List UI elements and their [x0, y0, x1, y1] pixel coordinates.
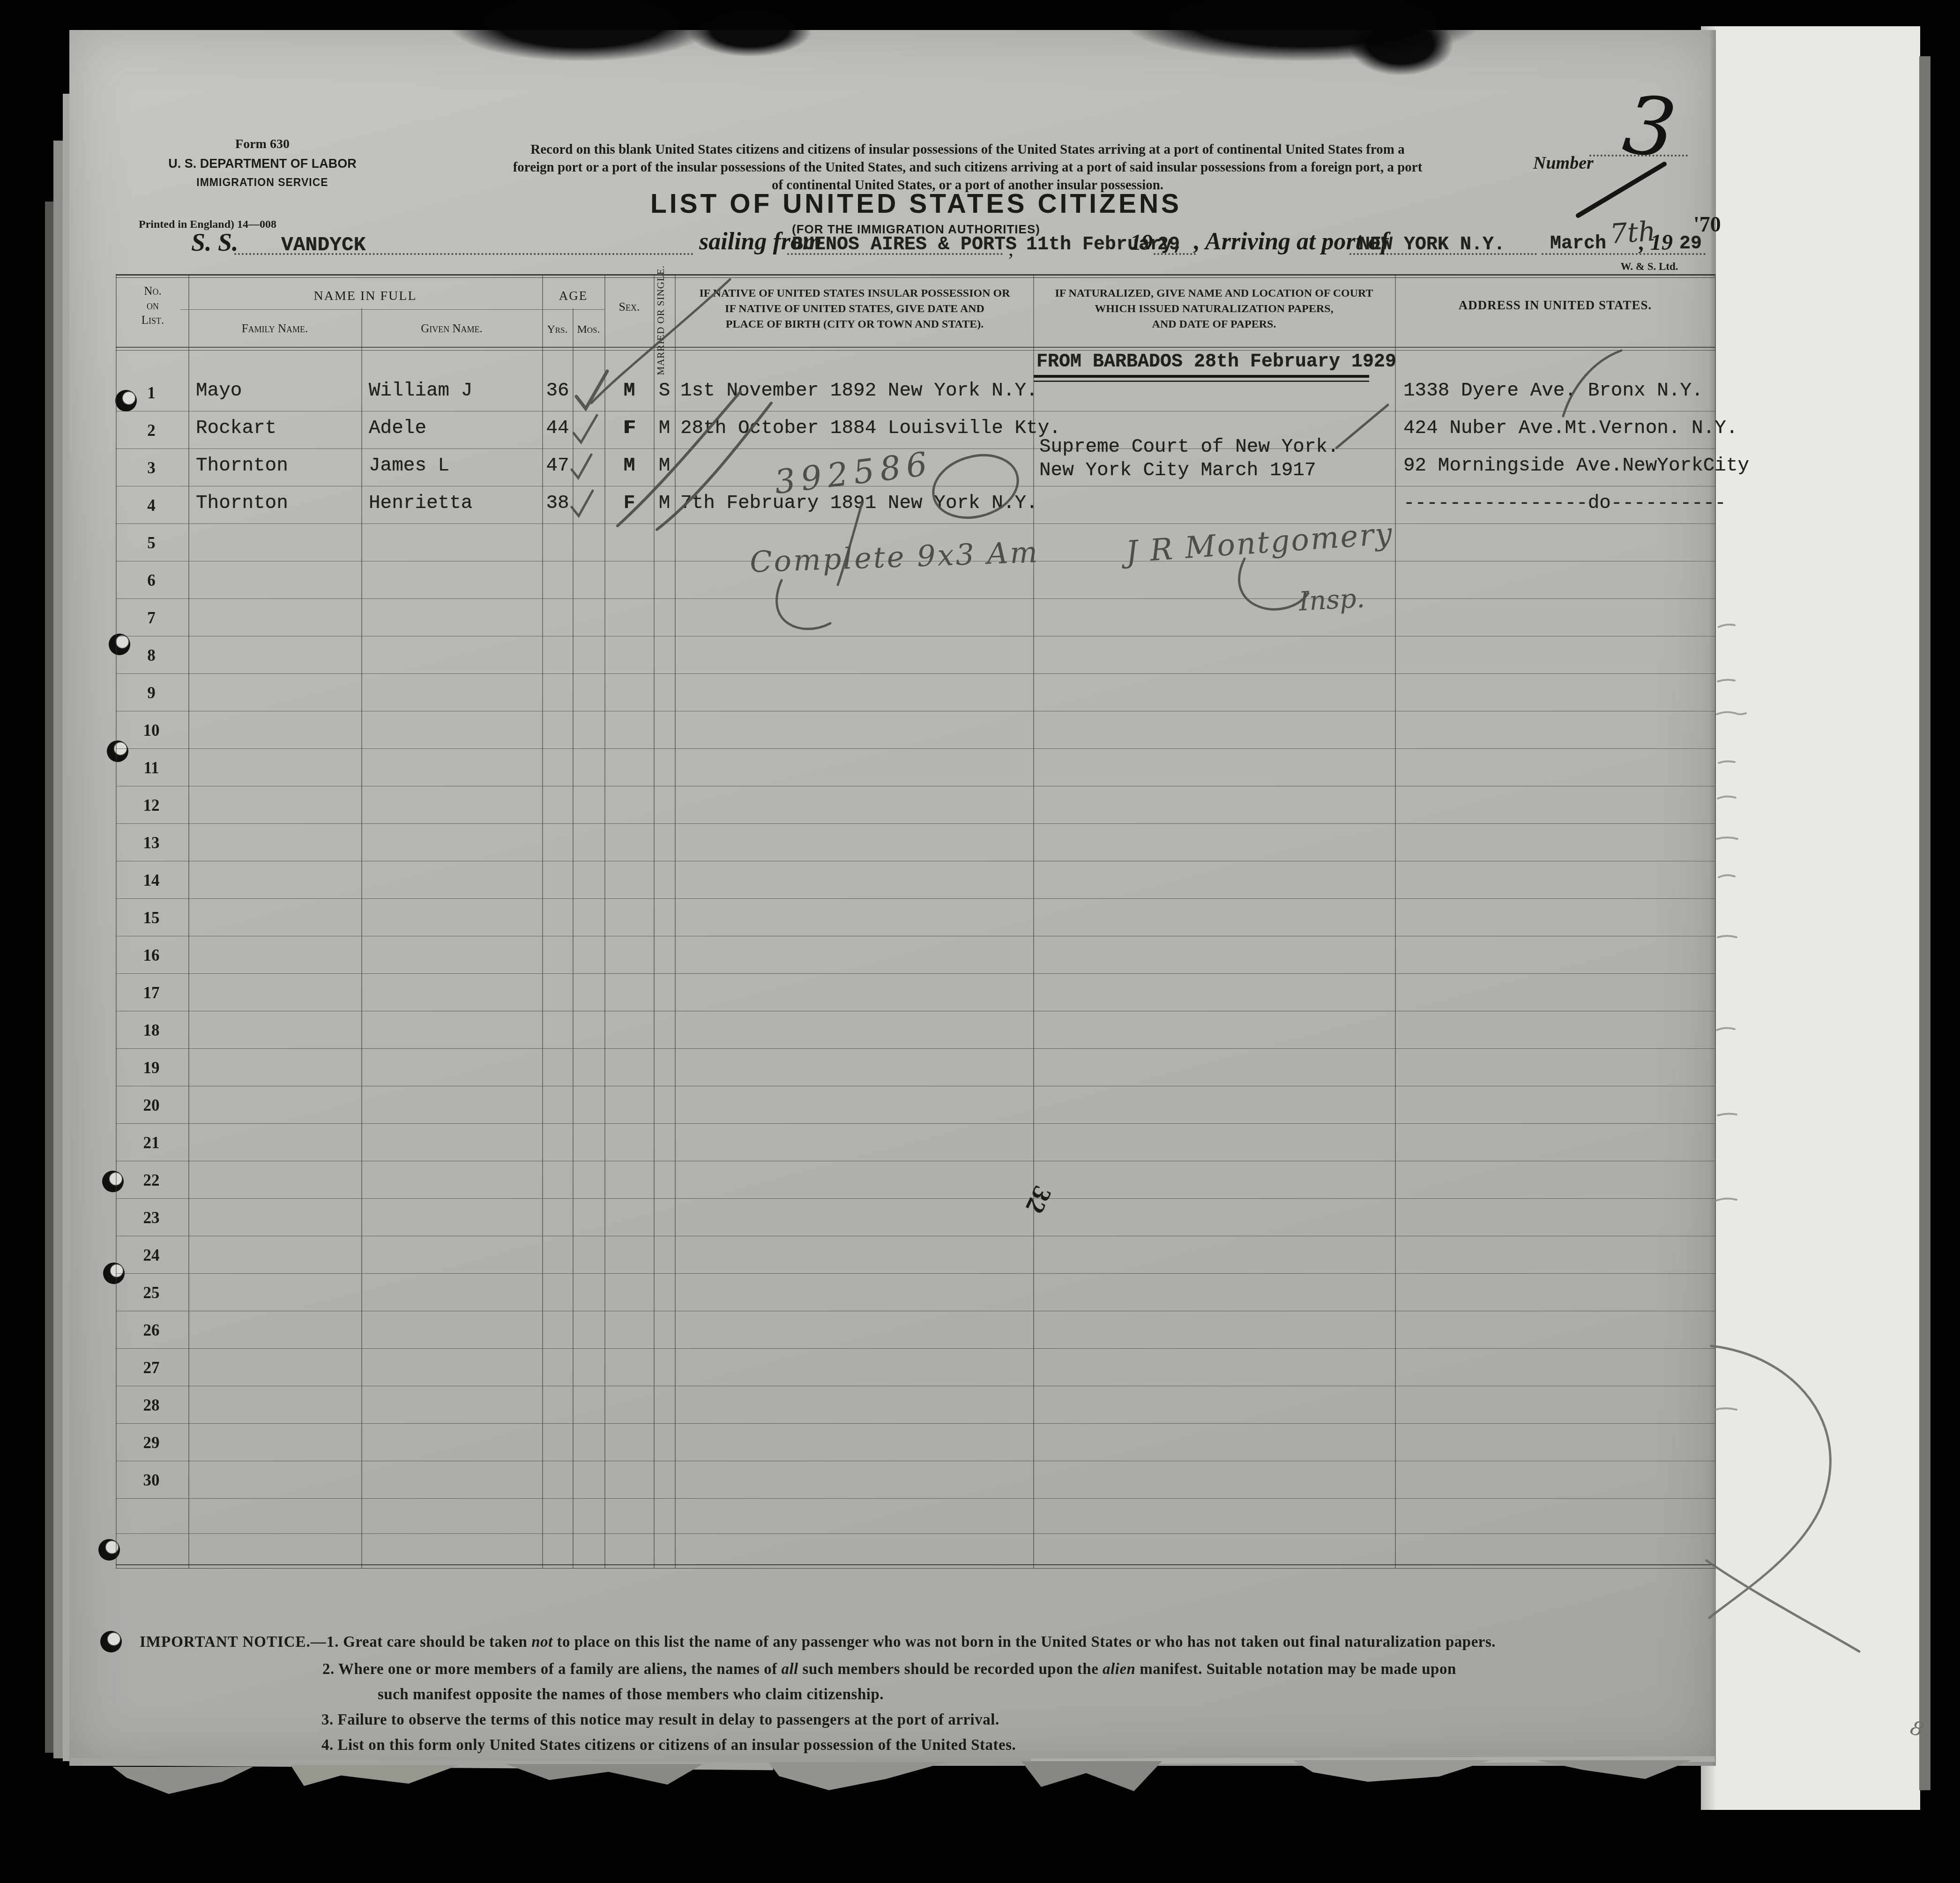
notice-text: 3. Failure to observe the terms of this …	[321, 1711, 999, 1728]
notice-label: IMPORTANT NOTICE.—1.	[140, 1634, 339, 1651]
notice-text: such manifest opposite the names of thos…	[378, 1686, 884, 1703]
notice-text: 2. Where one or more members of a family…	[322, 1661, 781, 1678]
scanned-manifest-photo: Form 630 U. S. DEPARTMENT OF LABOR IMMIG…	[0, 0, 1960, 1883]
notice-line: such manifest opposite the names of thos…	[378, 1686, 884, 1704]
notice-line: 2. Where one or more members of a family…	[322, 1661, 1456, 1678]
notice-text: not	[531, 1634, 553, 1651]
notice-text: all	[781, 1661, 798, 1678]
notice-text: manifest. Suitable notation may be made …	[1135, 1661, 1456, 1678]
notice-text: 4. List on this form only United States …	[321, 1737, 1016, 1754]
notice-text: alien	[1103, 1661, 1135, 1678]
page-content: Form 630 U. S. DEPARTMENT OF LABOR IMMIG…	[0, 0, 1960, 1883]
important-notice: IMPORTANT NOTICE.—1. Great care should b…	[0, 0, 1960, 1883]
notice-text: such members should be recorded upon the	[798, 1661, 1103, 1678]
notice-line: 4. List on this form only United States …	[321, 1737, 1016, 1754]
notice-text: Great care should be taken	[339, 1634, 532, 1651]
notice-text: to place on this list the name of any pa…	[553, 1634, 1496, 1651]
notice-line: IMPORTANT NOTICE.—1. Great care should b…	[140, 1634, 1496, 1651]
notice-line: 3. Failure to observe the terms of this …	[321, 1711, 999, 1729]
